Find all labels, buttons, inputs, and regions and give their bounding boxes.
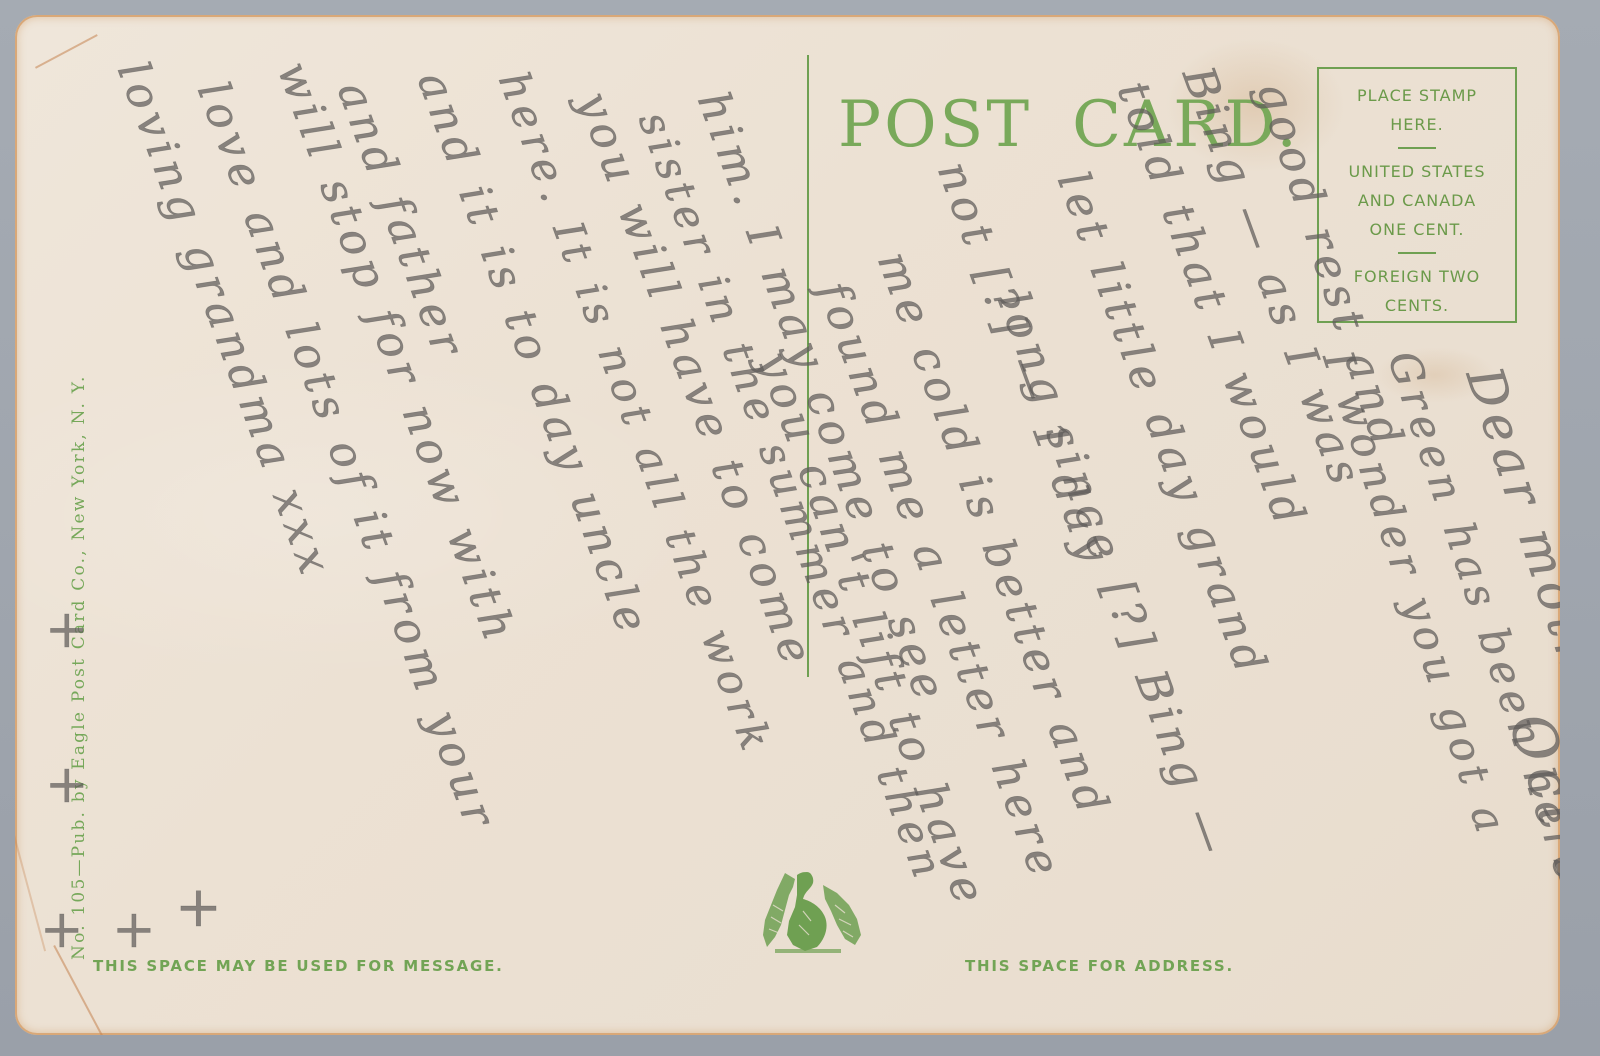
title-word-post: POST — [838, 88, 1032, 162]
stamp-rule — [1398, 252, 1436, 254]
eagle-icon — [745, 865, 870, 955]
stamp-line: FOREIGN TWO — [1354, 262, 1480, 291]
postcard-back: No. 105—Pub. by Eagle Post Card Co., New… — [15, 15, 1560, 1035]
stamp-line: AND CANADA — [1358, 186, 1476, 215]
margin-mark: + — [45, 600, 95, 660]
publisher-imprint: No. 105—Pub. by Eagle Post Card Co., New… — [69, 374, 89, 960]
stamp-line: CENTS. — [1385, 291, 1449, 320]
crease-top-left — [35, 34, 98, 69]
stamp-line: ONE CENT. — [1370, 215, 1465, 244]
address-space-label: THIS SPACE FOR ADDRESS. — [965, 957, 1234, 975]
stamp-line: PLACE STAMP — [1357, 81, 1477, 110]
stamp-line: HERE. — [1390, 110, 1443, 139]
margin-mark: + — [175, 875, 228, 940]
margin-mark: + + — [40, 900, 162, 960]
stamp-rule — [1398, 147, 1436, 149]
margin-mark: + — [45, 755, 95, 815]
stamp-line: UNITED STATES — [1348, 157, 1485, 186]
